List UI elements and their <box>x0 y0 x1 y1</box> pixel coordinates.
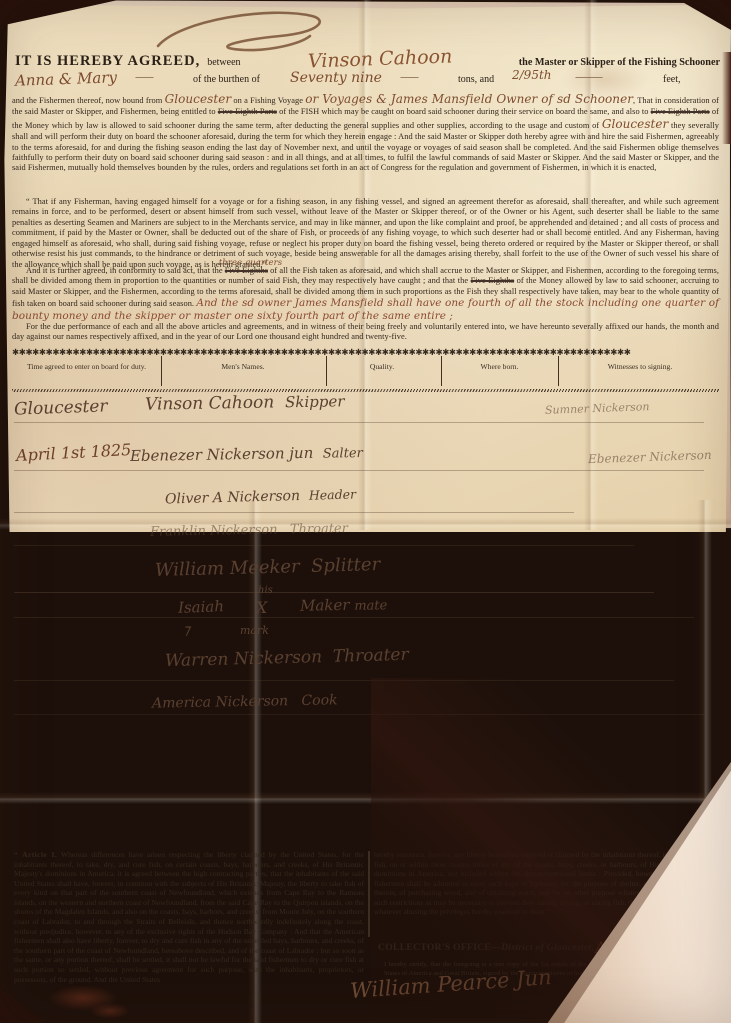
signature-quality: mate <box>354 598 387 614</box>
feet-label: feet, <box>663 74 681 85</box>
signature-row: Franklin Nickerson Throater <box>150 521 348 539</box>
schooner-name-handwritten: Anna & Mary <box>15 68 118 90</box>
signature-name: Vinson Cahoon <box>145 392 275 414</box>
signature-quality: Salter <box>323 446 363 462</box>
signature-name: Ebenezer Nickerson jun <box>130 444 314 465</box>
consideration-paragraph: and the Fishermen thereof, now bound fro… <box>12 92 719 174</box>
printed-text: and the Fishermen thereof, now bound fro… <box>12 96 165 105</box>
act-quotation-paragraph: “ That if any Fisherman, having engaged … <box>12 197 719 270</box>
signature-line <box>14 592 654 593</box>
tons-value-handwritten: Seventy nine <box>290 70 382 86</box>
struck-share-text: Five Eighth Parts <box>218 107 277 116</box>
column-header-where-born: Where born. <box>447 362 552 371</box>
signature-name: Franklin Nickerson <box>150 523 278 540</box>
signature-quality: Splitter <box>311 554 381 577</box>
mark-label: mark <box>240 624 269 637</box>
agreement-heading: IT IS HEREBY AGREED, <box>15 53 200 70</box>
printed-text: “ That if any Fisherman, having engaged … <box>12 197 719 270</box>
signature-quality: Skipper <box>285 392 345 411</box>
blank-dash: —— <box>135 72 153 83</box>
column-divider <box>558 356 559 386</box>
column-divider <box>326 356 327 386</box>
signature-line <box>14 512 574 513</box>
division-of-catch-paragraph: And it is further agreed, in conformity … <box>12 266 719 323</box>
port-handwritten: Gloucester <box>165 92 232 106</box>
between-label: between <box>207 57 240 68</box>
printed-text: on a Fishing Voyage <box>231 96 305 105</box>
column-header-quality: Quality. <box>332 362 432 371</box>
his-label: his <box>258 585 273 596</box>
signature-name: Maker <box>300 596 350 615</box>
article-one-left-column: “ Article I. Whereas differences have ar… <box>14 850 364 984</box>
feet-value-handwritten: 2/95th <box>512 68 552 82</box>
sheet-overlap-seam <box>0 518 731 530</box>
scanned-fishing-agreement-document: IT IS HEREBY AGREED, between Vinson Caho… <box>0 0 731 1023</box>
tons-label: tons, and <box>458 74 494 85</box>
article-heading: “ Article I. <box>14 850 57 859</box>
signature-line <box>14 470 704 471</box>
signature-quality: Throater <box>333 645 409 667</box>
column-divider-rule <box>368 851 370 937</box>
column-header-witnesses: Witnesses to signing. <box>565 362 715 371</box>
signature-quality: Header <box>309 487 357 503</box>
torn-paper-edge <box>722 52 731 144</box>
burthen-label: of the burthen of <box>193 74 260 85</box>
signature-quality: Cook <box>301 692 337 709</box>
printed-text: of the FISH which may be caught on board… <box>277 107 651 116</box>
hatched-rule <box>12 389 719 392</box>
signature-name-isaiah: Isaiah <box>178 597 225 617</box>
signature-place: Gloucester <box>14 396 108 419</box>
signature-name: William Meeker <box>155 556 300 581</box>
blank-dash: —— <box>400 72 418 83</box>
witness-paragraph: For the due performance of each and all … <box>12 322 719 343</box>
article-left-text: Whereas differences have arisen respecti… <box>14 850 364 984</box>
struck-share-text: Five Eighths <box>471 276 515 285</box>
signature-row: Vinson Cahoon Skipper <box>145 391 345 414</box>
struck-share-text: Five Eighth Parts <box>651 107 710 116</box>
signature-line <box>14 617 694 618</box>
column-header-names: Men's Names. <box>168 362 318 371</box>
column-divider <box>161 356 162 386</box>
signature-line <box>14 545 634 546</box>
signature-line <box>14 422 704 423</box>
column-header-time: Time agreed to enter on board for duty. <box>14 362 159 371</box>
ink-stain <box>90 1003 130 1019</box>
signature-name: Warren Nickerson <box>165 647 323 671</box>
signature-row: Warren Nickerson Throater <box>165 645 409 671</box>
signature-name: America Nickerson <box>152 693 288 711</box>
custom-port-handwritten: Gloucester <box>602 117 669 131</box>
signature-quality: Throater <box>290 521 348 537</box>
dark-background-corner <box>0 989 46 1023</box>
interlineation-three-quarters: three quarters <box>219 258 282 269</box>
paper-discoloration <box>560 60 650 100</box>
printed-text: And it is further agreed, in conformity … <box>26 266 225 275</box>
stray-x-flourish: ⁊ <box>183 622 190 638</box>
struck-share-text: Five Eighthsthree quarters <box>225 266 268 275</box>
ornamental-separator-row: ✱✱✱✱✱✱✱✱✱✱✱✱✱✱✱✱✱✱✱✱✱✱✱✱✱✱✱✱✱✱✱✱✱✱✱✱✱✱✱✱… <box>12 347 719 358</box>
signature-row: Maker mate <box>300 595 388 615</box>
column-divider <box>441 356 442 386</box>
printed-text: For the due performance of each and all … <box>12 322 719 343</box>
signature-row: America Nickerson Cook <box>152 692 338 711</box>
signature-row: William Meeker Splitter <box>155 554 381 581</box>
x-mark: X <box>256 598 267 617</box>
